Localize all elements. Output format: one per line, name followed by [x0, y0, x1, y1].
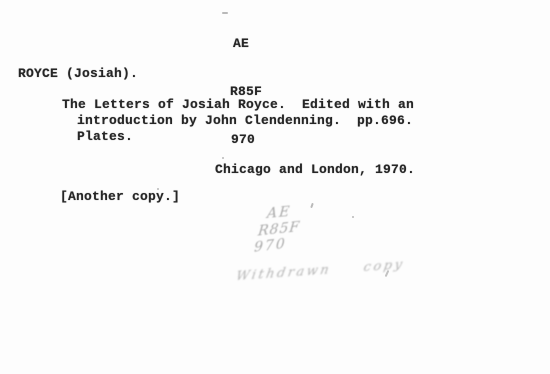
scan-speck — [222, 157, 224, 159]
scan-speck — [222, 12, 228, 14]
copy-note: [Another copy.] — [60, 189, 180, 205]
call-number-line: AE — [233, 36, 262, 52]
imprint: Chicago and London, 1970. — [215, 162, 415, 178]
call-number: AE R85F 970 — [230, 4, 262, 180]
title-line-1: The Letters of Josiah Royce. Edited with… — [62, 97, 414, 113]
title-line-2: introduction by John Clendenning. pp.696… — [77, 113, 413, 129]
title-line-3: Plates. — [77, 129, 133, 145]
author-heading: ROYCE (Josiah). — [18, 66, 138, 82]
scan-speck — [352, 216, 354, 218]
call-number-line: 970 — [231, 132, 262, 148]
pencil-note: Withdrawn copy — [235, 257, 406, 284]
scan-speck — [310, 203, 314, 208]
catalog-card: AE R85F 970 ROYCE (Josiah). The Letters … — [0, 0, 550, 374]
pencil-call-number-line: 970 — [254, 236, 287, 256]
scan-speck — [157, 188, 159, 190]
